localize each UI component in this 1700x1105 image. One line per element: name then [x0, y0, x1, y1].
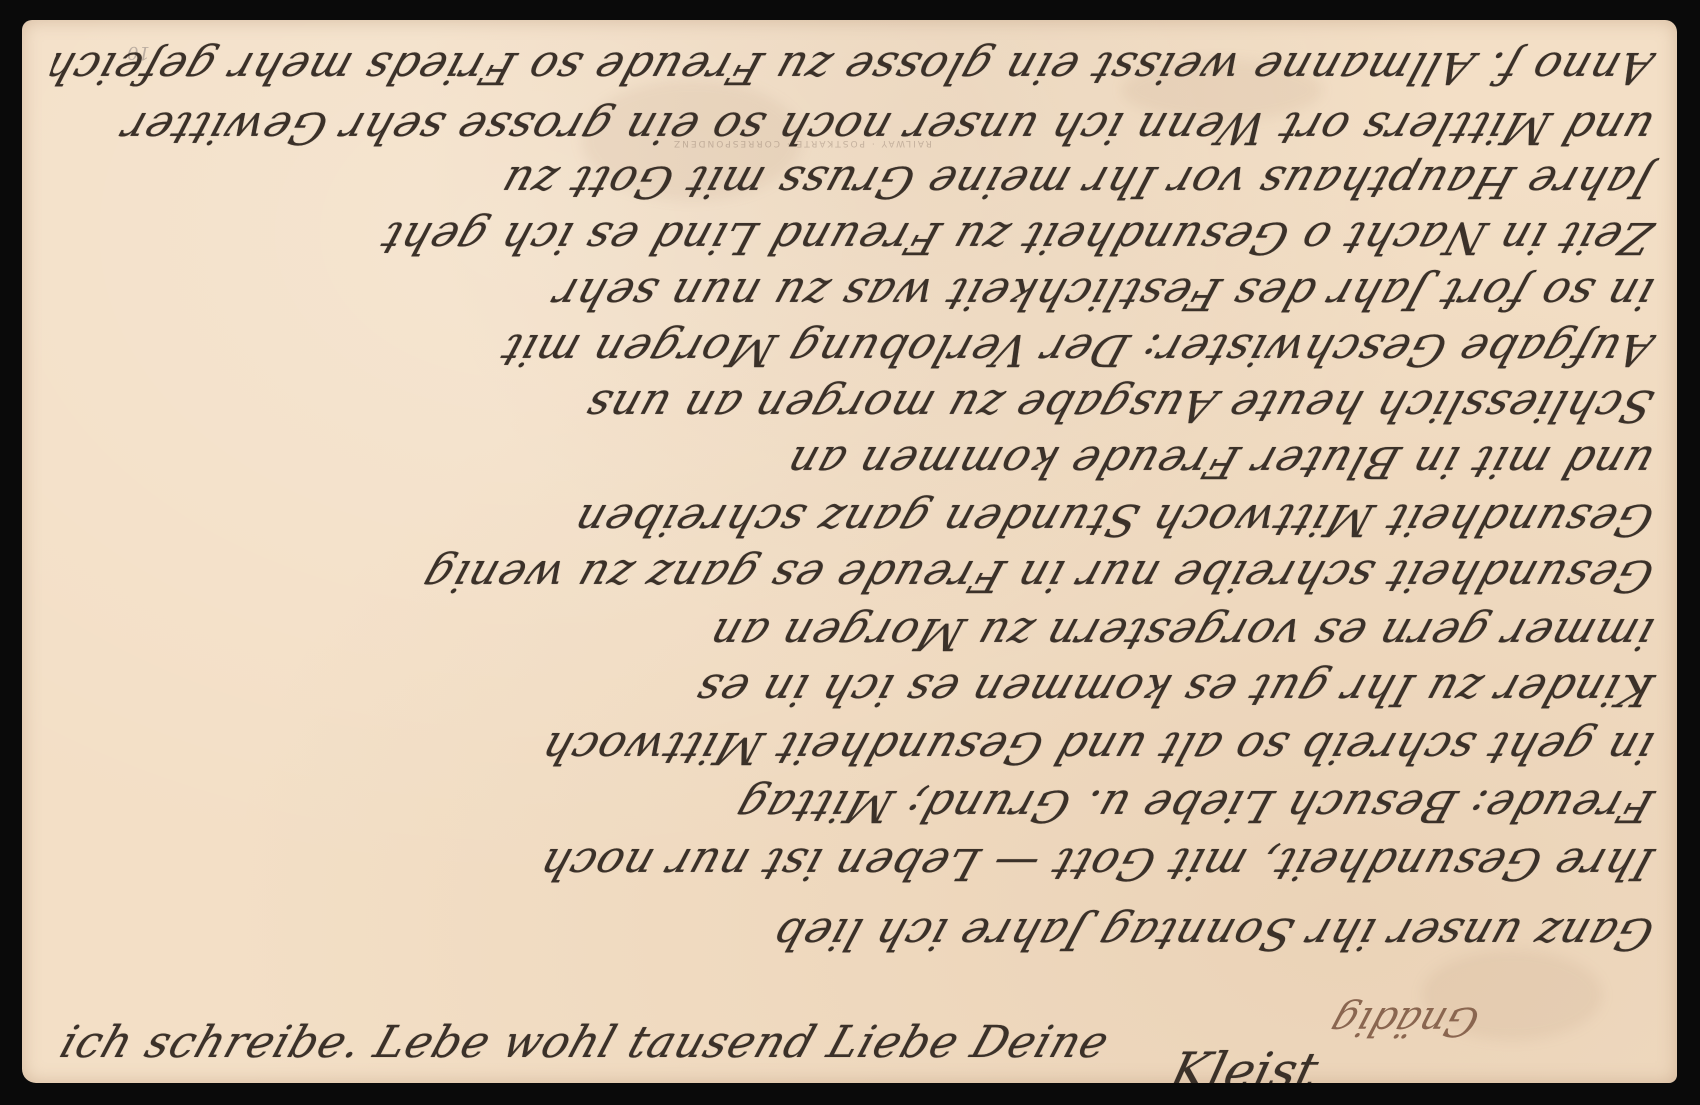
- handwritten-line: Kinder zu Ihr gut es kommen es ich in es: [41, 656, 1662, 722]
- handwritten-line: Anno f. Allmanne weisst ein glosse zu Fr…: [41, 34, 1662, 100]
- closing-line: ich schreibe. Lebe wohl tausend Liebe De…: [51, 1010, 1672, 1076]
- postcard: 10 RAILWAY · POSTKARTE · CORRESPONDENZ A…: [22, 20, 1677, 1083]
- handwritten-line: Ganz unser ihr Sonntag Jahre ich lieb: [41, 900, 1662, 966]
- handwritten-line: Freude: Besuch Liebe u. Grund; Mittag: [41, 772, 1662, 838]
- handwritten-line: Ihre Gesundheit, mit Gott — Leben ist nu…: [41, 830, 1662, 896]
- handwritten-line: und mit in Bluter Freude kommen an: [41, 428, 1662, 494]
- signature: Kleist: [1165, 1042, 1324, 1083]
- handwritten-line: in geht schreib so alt und Gesundheit Mi…: [41, 714, 1662, 780]
- handwritten-line: Gesundheit schreibe nur in Freude es gan…: [41, 542, 1662, 608]
- scan-background: 10 RAILWAY · POSTKARTE · CORRESPONDENZ A…: [0, 0, 1700, 1105]
